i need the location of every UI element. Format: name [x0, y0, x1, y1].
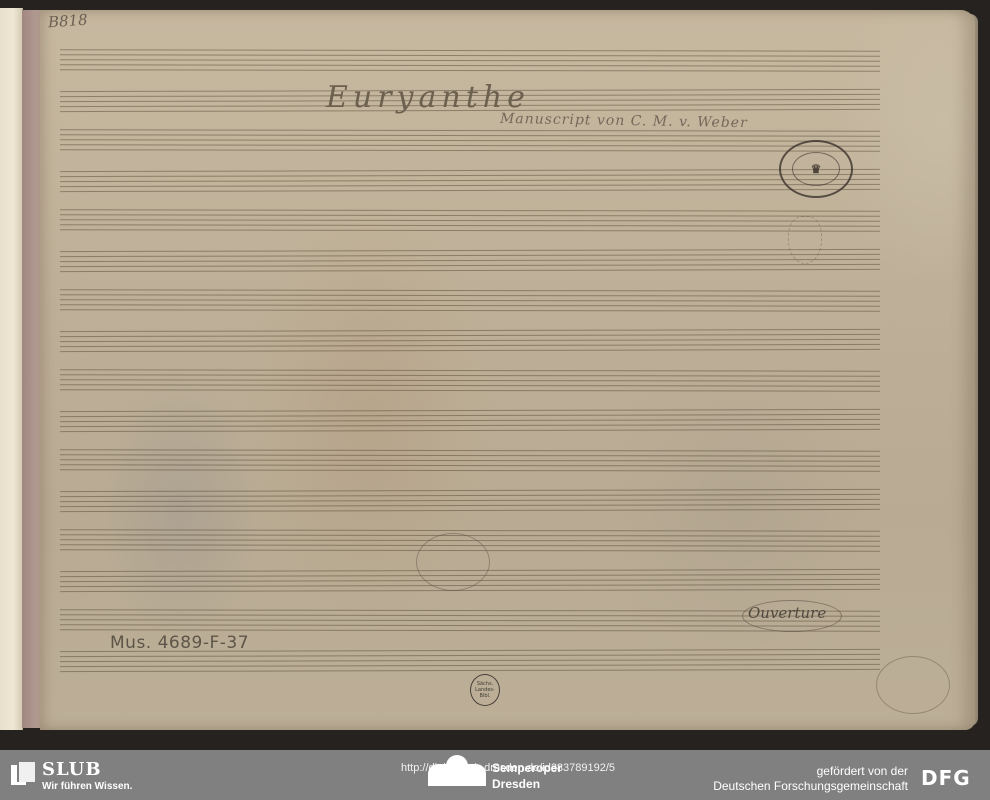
staff-line: [60, 339, 880, 342]
staff-line: [60, 49, 880, 51]
staff-line: [60, 629, 880, 631]
staff-line: [60, 294, 880, 296]
staff: [60, 369, 880, 392]
dfg-logo-icon[interactable]: DFG: [921, 766, 971, 790]
staff: [60, 209, 880, 232]
staff-line: [60, 139, 880, 141]
staff-line: [60, 129, 880, 131]
staff-line: [60, 419, 880, 422]
staff-line: [60, 59, 880, 61]
staff-line: [60, 209, 880, 211]
staff: [60, 169, 880, 193]
semperoper-name: Semperoper Dresden: [492, 760, 562, 792]
crown-icon: ♛: [792, 152, 840, 186]
embossed-stamp: [416, 533, 490, 591]
shelfmark-bottom: Mus. 4689-F-37: [110, 633, 249, 653]
manuscript-viewer: B818 Euryanthe Manuscript von C. M. v. W…: [0, 0, 990, 750]
library-stamp: ♛: [779, 140, 853, 198]
staff: [60, 489, 880, 513]
staff-line: [60, 344, 880, 347]
staff-line: [60, 134, 880, 136]
staff-line: [60, 309, 880, 311]
staff-line: [60, 179, 880, 182]
embossed-corner-stamp: [876, 656, 950, 714]
staff-line: [60, 264, 880, 267]
staff-line: [60, 149, 880, 151]
staff-line: [60, 224, 880, 226]
staff: [60, 409, 880, 433]
staff-line: [60, 334, 880, 337]
staff-line: [60, 184, 880, 187]
staff: [60, 449, 880, 472]
staff-line: [60, 304, 880, 306]
staff-line: [60, 504, 880, 507]
staff-line: [60, 229, 880, 231]
staff-line: [60, 389, 880, 391]
dfg-funding-note: gefördert von der Deutschen Forschungsge…: [713, 764, 908, 794]
staff-line: [60, 64, 880, 66]
flyleaf-page-edge: [0, 8, 23, 730]
staff-line: [60, 424, 880, 427]
staff: [60, 289, 880, 312]
footer-bar: SLUB Wir führen Wissen. http://digital.s…: [0, 750, 990, 800]
manuscript-title: Euryanthe: [326, 80, 530, 115]
staff-line: [60, 374, 880, 376]
slub-name[interactable]: SLUB: [42, 759, 102, 780]
staff-line: [60, 459, 880, 461]
staff-line: [60, 454, 880, 456]
staff: [60, 129, 880, 152]
staff: [60, 329, 880, 353]
staff-line: [60, 529, 880, 531]
landesbibliothek-stamp: Sächs. Landes-Bibl.: [470, 674, 500, 706]
faded-crest-stamp: [788, 216, 822, 264]
staff-line: [60, 414, 880, 417]
dfg-line1: gefördert von der: [713, 764, 908, 779]
staff-line: [60, 449, 880, 451]
staff-line: [60, 379, 880, 381]
staff-line: [60, 369, 880, 371]
semperoper-logo-icon: [428, 755, 486, 783]
shelfmark-top: B818: [47, 11, 88, 32]
staff: [60, 249, 880, 273]
staff-line: [60, 299, 880, 301]
staff-line: [60, 494, 880, 497]
semperoper-line1: Semperoper: [492, 760, 562, 776]
staff-line: [60, 259, 880, 262]
staff-line: [60, 54, 880, 56]
semperoper-line2: Dresden: [492, 776, 562, 792]
staff-line: [60, 469, 880, 471]
staff-line: [60, 464, 880, 466]
staff-line: [60, 499, 880, 502]
dfg-line2: Deutschen Forschungsgemeinschaft: [713, 779, 908, 794]
staff-line: [60, 654, 880, 657]
staff-line: [60, 214, 880, 216]
staff-line: [60, 219, 880, 221]
staff-line: [60, 254, 880, 257]
slub-logo-icon[interactable]: [11, 762, 33, 786]
staff-line: [60, 664, 880, 667]
staff: [60, 49, 880, 72]
staff-line: [60, 289, 880, 291]
overture-label: Ouverture: [748, 604, 826, 622]
staff-line: [60, 69, 880, 71]
staff-line: [60, 174, 880, 177]
staff-line: [60, 384, 880, 386]
staff-line: [60, 659, 880, 662]
staff-line: [60, 144, 880, 146]
slub-tagline: Wir führen Wissen.: [42, 781, 132, 792]
